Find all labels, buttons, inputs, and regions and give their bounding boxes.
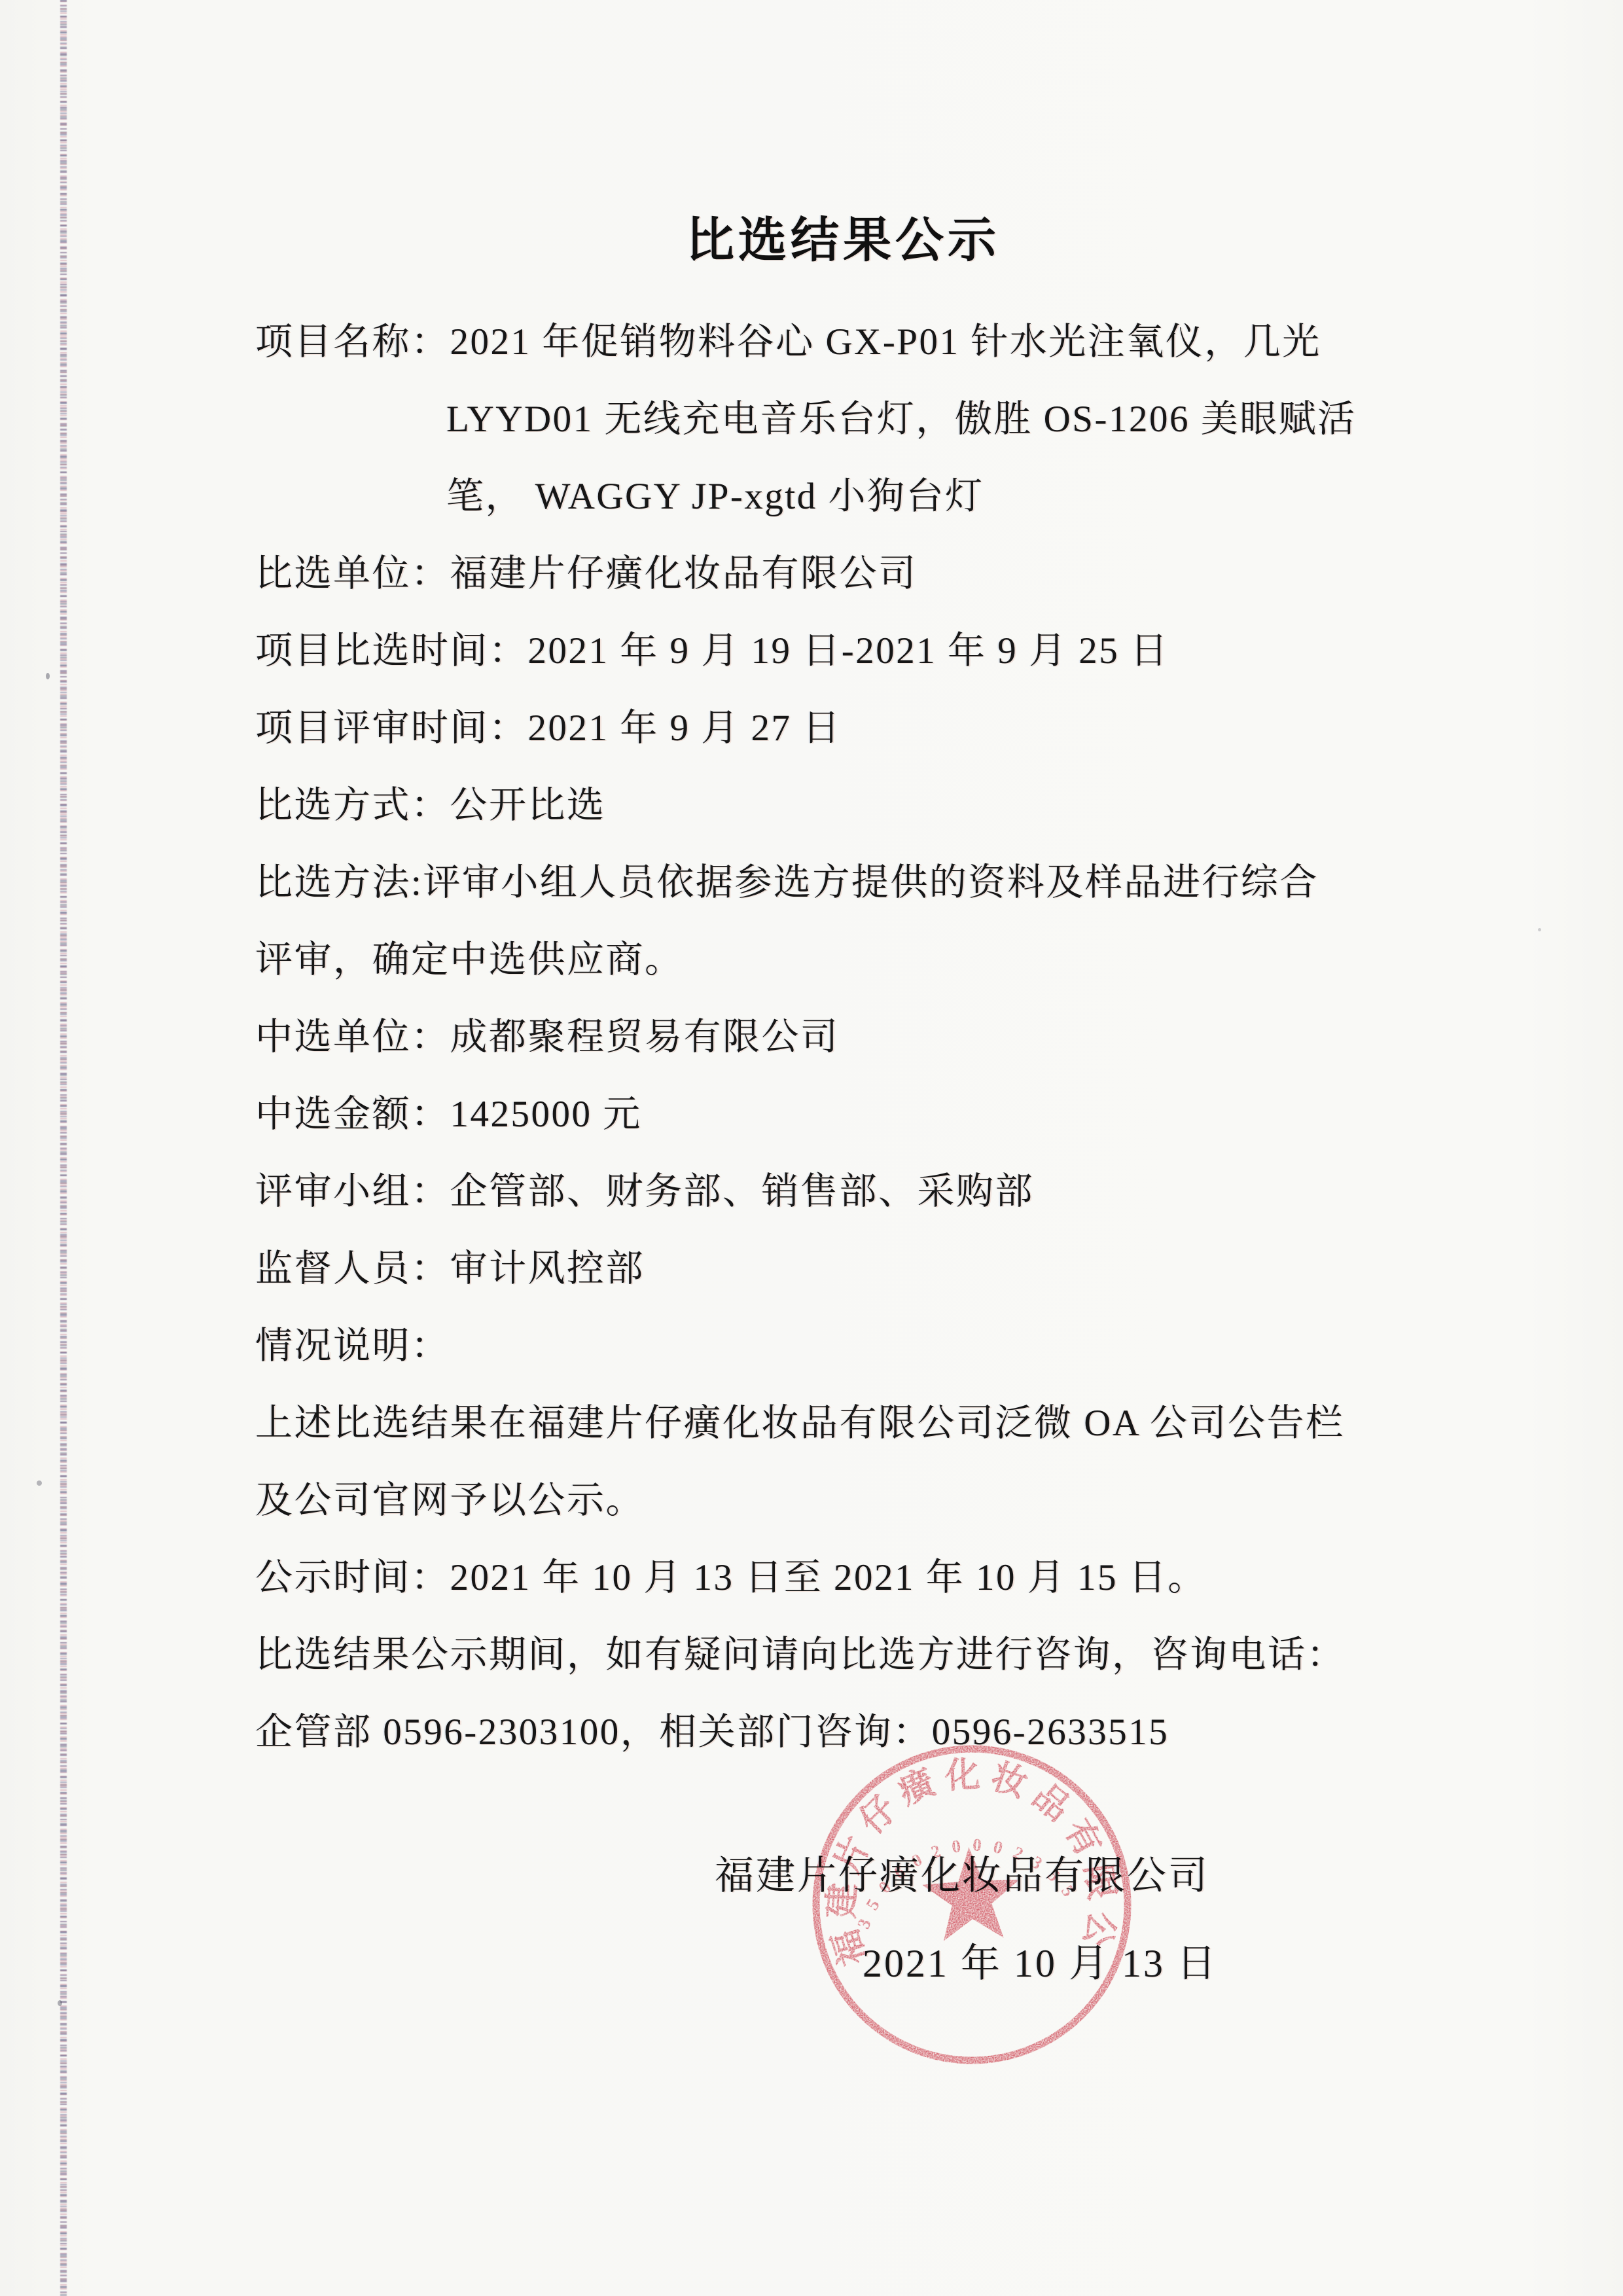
- doc-line-publicity-period: 公示时间：2021 年 10 月 13 日至 2021 年 10 月 15 日。: [255, 1558, 1207, 1598]
- doc-line-selection-mode: 比选方式：公开比选: [255, 785, 606, 826]
- doc-line-announce-2: 及公司官网予以公示。: [255, 1480, 645, 1521]
- doc-line-inquiry-1: 比选结果公示期间，如有疑问请向比选方进行咨询，咨询电话：: [255, 1635, 1346, 1676]
- doc-title: 比选结果公示: [686, 202, 1000, 271]
- scan-speck: [58, 2000, 62, 2006]
- scan-speck: [1538, 928, 1541, 931]
- doc-line-project-name-2: LYYD01 无线充电音乐台灯，傲胜 OS-1206 美眼赋活: [446, 399, 1357, 440]
- company-seal: 福建片仔癀化妆品有限公司 3506020002355: [793, 1726, 1151, 2084]
- doc-line-selection-period: 项目比选时间：2021 年 9 月 19 日-2021 年 9 月 25 日: [255, 631, 1169, 672]
- doc-line-review-date: 项目评审时间：2021 年 9 月 27 日: [255, 708, 842, 749]
- doc-line-remarks-label: 情况说明：: [255, 1326, 450, 1367]
- doc-line-announce-1: 上述比选结果在福建片仔癀化妆品有限公司泛微 OA 公司公告栏: [255, 1403, 1345, 1444]
- doc-line-winning-amount: 中选金额：1425000 元: [255, 1094, 642, 1135]
- doc-line-winning-unit: 中选单位：成都聚程贸易有限公司: [255, 1017, 840, 1058]
- doc-line-project-name-3: 笔， WAGGY JP-xgtd 小狗台灯: [446, 476, 984, 517]
- doc-line-review-team: 评审小组：企管部、财务部、销售部、采购部: [255, 1172, 1034, 1212]
- doc-line-project-name-1: 项目名称：2021 年促销物料谷心 GX-P01 针水光注氧仪，几光: [255, 322, 1321, 363]
- scan-noise-strip: [60, 0, 67, 2296]
- doc-line-method-1: 比选方法:评审小组人员依据参选方提供的资料及样品进行综合: [255, 863, 1319, 903]
- scan-speck: [37, 1480, 42, 1486]
- scanned-document-page: 比选结果公示 项目名称：2021 年促销物料谷心 GX-P01 针水光注氧仪，几…: [0, 0, 1623, 2296]
- scan-speck: [46, 673, 50, 679]
- doc-line-supervisors: 监督人员：审计风控部: [255, 1249, 645, 1289]
- doc-line-method-2: 评审，确定中选供应商。: [255, 940, 684, 980]
- doc-line-selecting-unit: 比选单位：福建片仔癀化妆品有限公司: [255, 554, 918, 594]
